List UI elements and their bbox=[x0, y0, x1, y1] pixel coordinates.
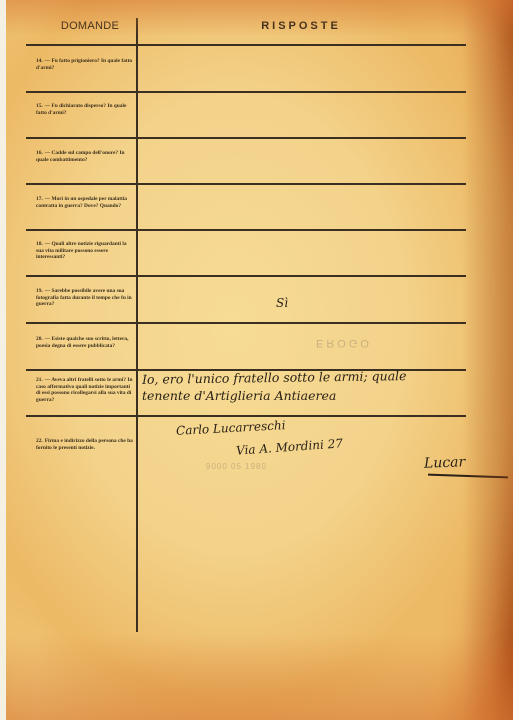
row-divider bbox=[26, 137, 466, 139]
row-divider bbox=[26, 183, 466, 185]
question-17: 17.— Morì in un ospedale per malattia co… bbox=[36, 196, 134, 209]
column-header-questions: DOMANDE bbox=[50, 20, 130, 32]
column-header-answers: RISPOSTE bbox=[141, 20, 461, 32]
question-19: 19.— Sarebbe possibile avere una sua fot… bbox=[36, 288, 134, 308]
answer-22-address: Via A. Mordini 27 bbox=[236, 436, 344, 457]
faint-stamp-low: 9000 05 1980 bbox=[206, 462, 267, 471]
question-16: 16.— Cadde sul campo dell'onore? In qual… bbox=[36, 150, 134, 163]
faint-stamp-mid: EROGO bbox=[316, 337, 372, 349]
question-15: 15.— Fu dichiarato disperso? In quale fa… bbox=[36, 103, 134, 116]
answer-21-line1: Io, ero l'unico fratello sotto le armi; … bbox=[142, 368, 407, 387]
question-20: 20.— Esiste qualche suo scritto, lettera… bbox=[36, 336, 134, 349]
signature-underline bbox=[428, 474, 508, 478]
question-21: 21.— Aveva altri fratelli sotto le armi?… bbox=[36, 377, 134, 403]
question-22: 22.Firma e indirizzo della persona che h… bbox=[36, 438, 134, 451]
answer-22-name: Carlo Lucarreschi bbox=[176, 418, 286, 438]
answer-19-handwritten: Sì bbox=[276, 296, 288, 310]
row-divider bbox=[26, 229, 466, 231]
row-divider bbox=[26, 275, 466, 277]
column-divider bbox=[136, 18, 138, 632]
answer-22-signature: Lucar bbox=[424, 454, 466, 471]
question-14: 14.— Fu fatto prigioniero? In quale fatt… bbox=[36, 58, 134, 71]
answer-21-line2: tenente d'Artiglieria Antiaerea bbox=[142, 388, 336, 403]
row-divider bbox=[26, 322, 466, 324]
form-page: DOMANDE RISPOSTE 14.— Fu fatto prigionie… bbox=[6, 0, 513, 720]
row-divider bbox=[26, 415, 466, 417]
header-rule bbox=[26, 44, 466, 46]
question-18: 18.— Quali altre notizie riguardanti la … bbox=[36, 241, 134, 261]
row-divider bbox=[26, 91, 466, 93]
